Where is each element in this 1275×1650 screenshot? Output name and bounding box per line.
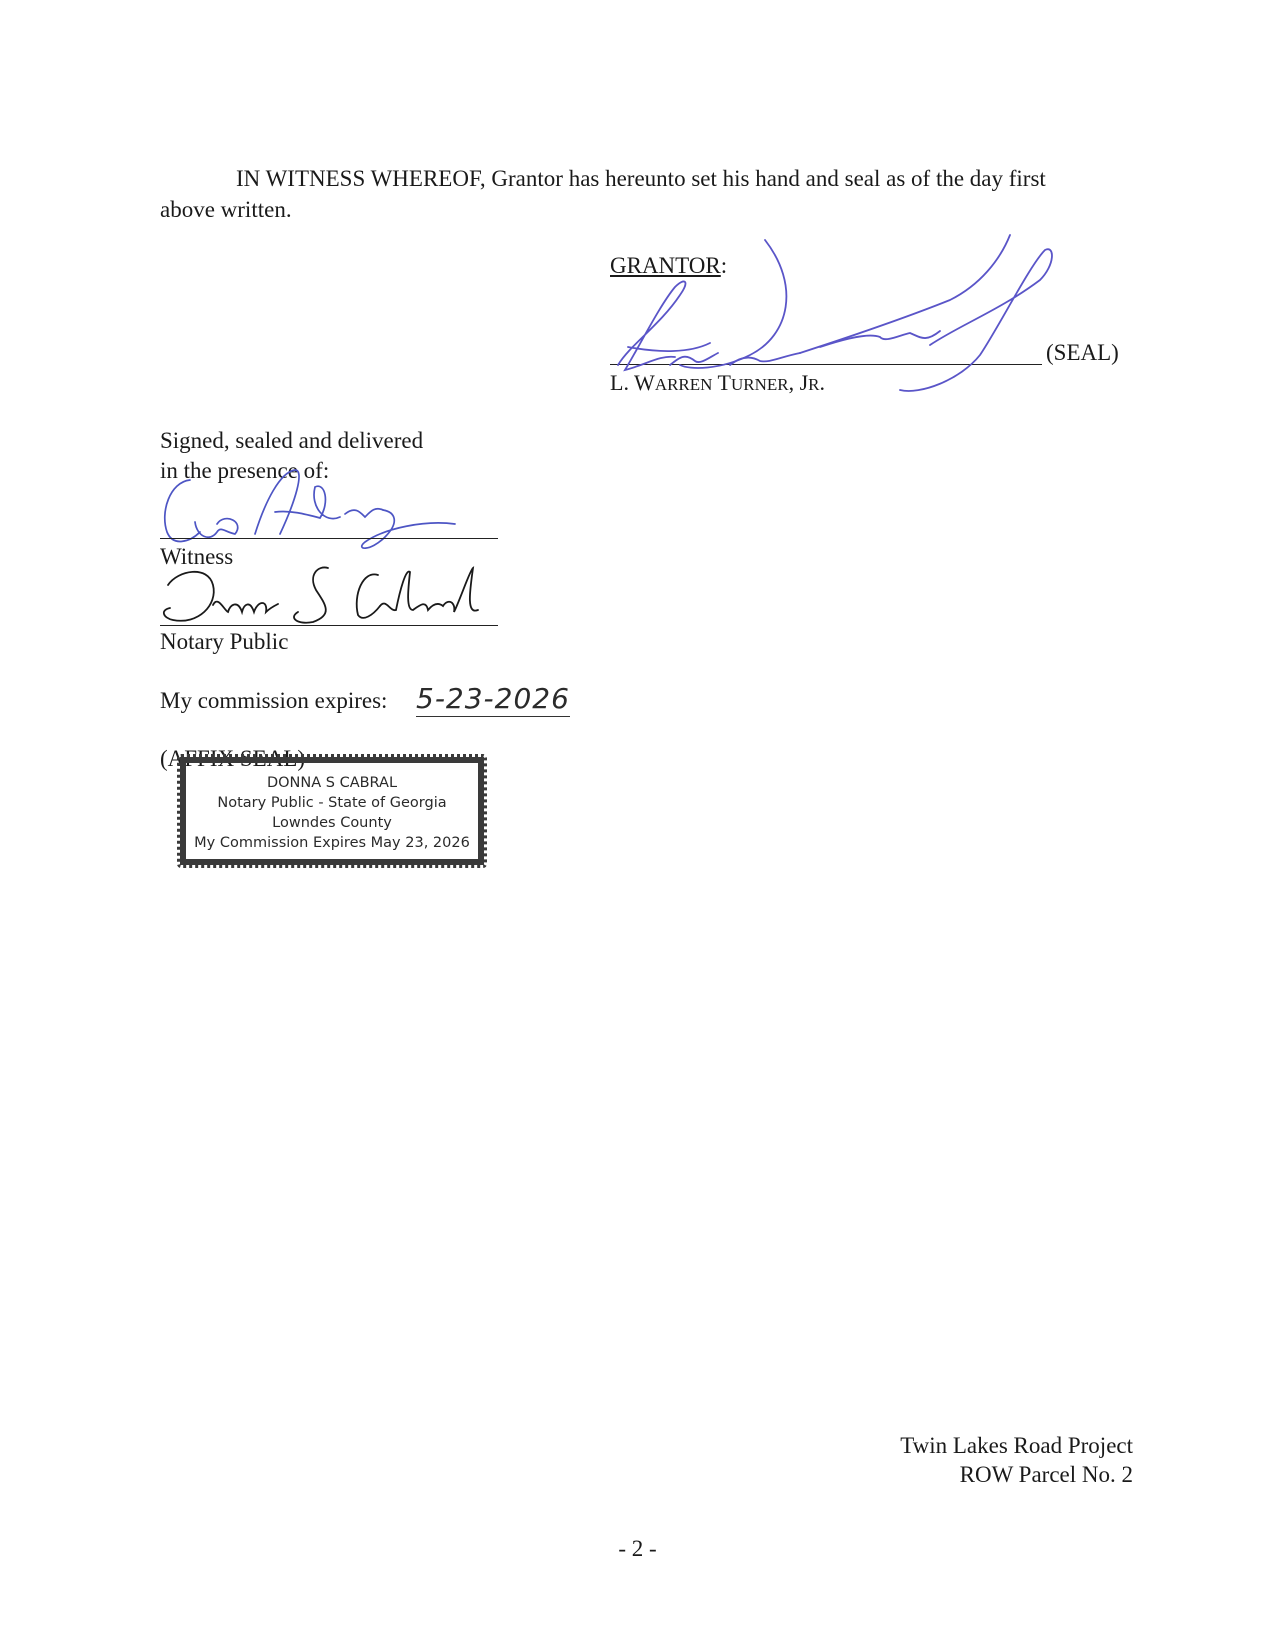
grantor-signature [600,225,1080,415]
notary-signature-line [160,625,498,626]
stamp-line-name: DONNA S CABRAL [186,773,478,793]
commission-expires-label: My commission expires: [160,689,387,712]
footer-project: Twin Lakes Road Project [900,1434,1133,1457]
witness-signature-line [160,538,498,539]
commission-expiration-date: 5-23-2026 [416,682,570,717]
footer-parcel: ROW Parcel No. 2 [960,1463,1133,1486]
witness-clause-line-1: IN WITNESS WHEREOF, Grantor has hereunto… [236,167,1046,190]
attestation-line-1: Signed, sealed and delivered [160,429,423,452]
stamp-line-expiration: My Commission Expires May 23, 2026 [186,833,478,853]
witness-clause-line-2: above written. [160,198,292,221]
stamp-line-county: Lowndes County [186,813,478,833]
page-number: - 2 - [0,1537,1275,1560]
notary-signature [158,560,498,640]
notary-public-label: Notary Public [160,630,288,653]
stamp-line-title: Notary Public - State of Georgia [186,793,478,813]
notary-stamp: DONNA S CABRAL Notary Public - State of … [180,757,484,865]
